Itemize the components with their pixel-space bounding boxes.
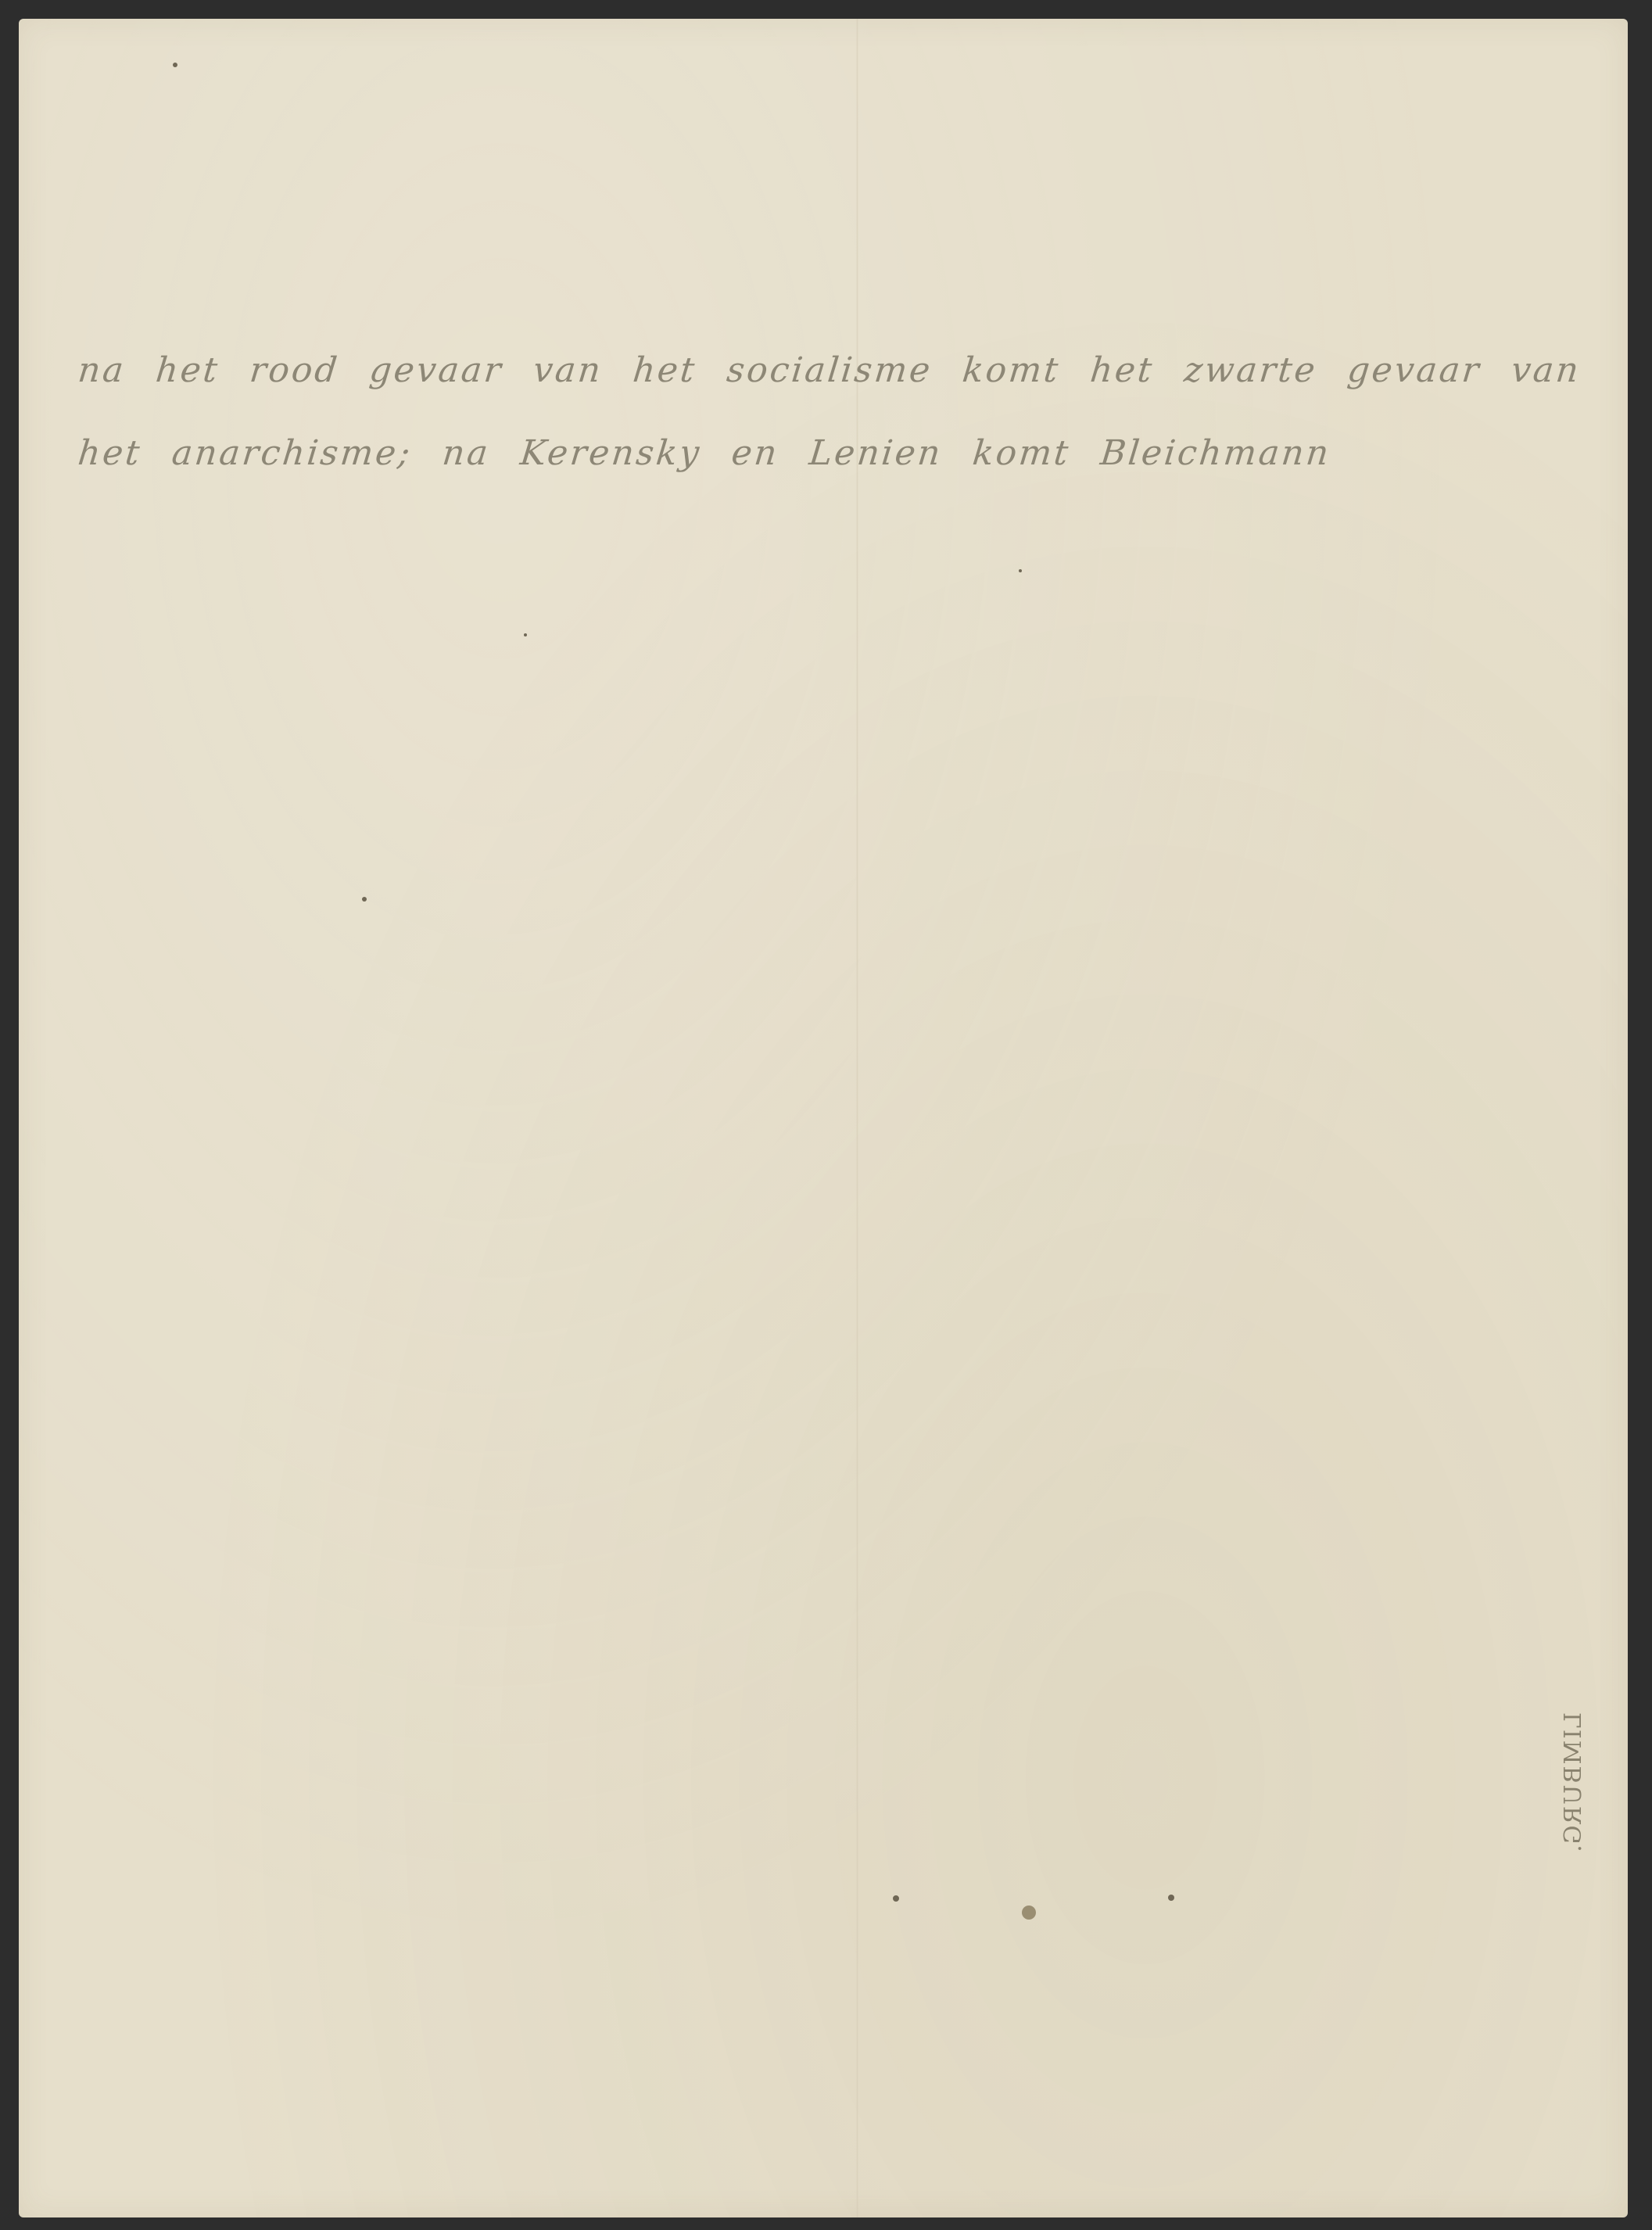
center-fold-line [856, 19, 858, 2217]
paper-speck [1019, 569, 1022, 572]
handwritten-line-2: het anarchisme; na Kerensky en Lenien ko… [76, 433, 1332, 473]
paper-speck [173, 63, 177, 67]
paper-speck [893, 1895, 899, 1902]
handwritten-line-1: na het rood gevaar van het socialisme ko… [76, 350, 1582, 390]
paper-speck [1022, 1906, 1036, 1920]
paper-speck [524, 633, 527, 636]
paper-speck [1168, 1895, 1174, 1901]
paper-sheet [19, 19, 1628, 2217]
printed-stamp-limburg: LIMBURG. [1560, 1712, 1587, 1854]
paper-texture [19, 19, 1628, 2217]
paper-speck [362, 897, 367, 902]
